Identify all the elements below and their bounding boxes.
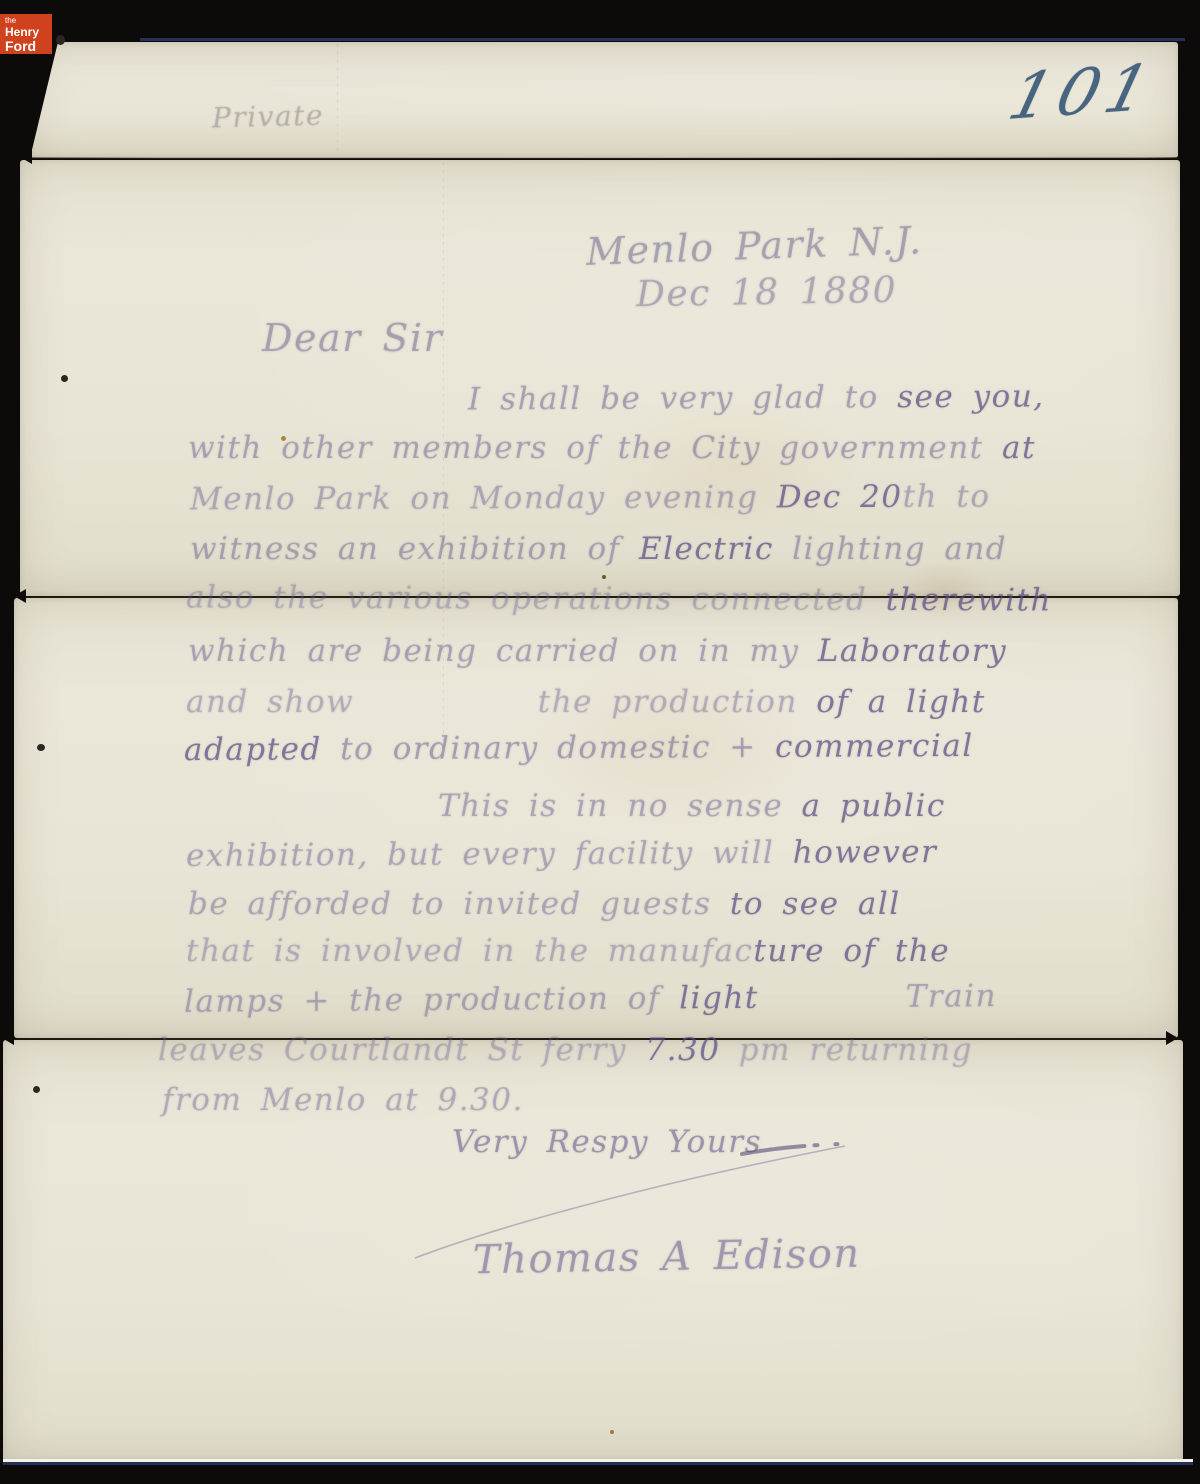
- letter-line: adapted to ordinary domestic + commercia…: [184, 728, 974, 768]
- fold-notch: [14, 589, 26, 603]
- henry-ford-logo: the Henry Ford: [0, 14, 52, 54]
- logo-text-henry: Henry: [5, 26, 52, 38]
- fold-notch: [1166, 1031, 1178, 1045]
- paper-segment-1: [30, 42, 1178, 158]
- letter-line: be afforded to invited guests to see all: [188, 886, 901, 922]
- letter-line: I shall be very glad to see you,: [468, 378, 1045, 417]
- archive-number: 101: [1001, 51, 1163, 135]
- letter-line: from Menlo at 9.30.: [162, 1082, 524, 1118]
- logo-text-ford: Ford: [5, 39, 52, 53]
- letter-line: that is involved in the manufacture of t…: [186, 933, 950, 969]
- letter-line: also the various operations connected th…: [186, 579, 1052, 618]
- pin-hole: [56, 35, 65, 45]
- logo-text-the: the: [5, 17, 52, 25]
- fold-notch: [20, 150, 32, 164]
- letter-line: witness an exhibition of Electric lighti…: [190, 531, 1007, 567]
- salutation: Dear Sir: [262, 316, 443, 360]
- closing-line: Very Respy Yours: [452, 1124, 762, 1160]
- fold-seam-1: [24, 157, 1178, 159]
- letter-line: with other members of the City governmen…: [188, 430, 1036, 466]
- pin-hole: [61, 375, 68, 382]
- letter-line: Menlo Park on Monday evening Dec 20th to: [190, 479, 991, 518]
- letter-line: leaves Courtlandt St ferry 7.30 pm retur…: [158, 1032, 973, 1068]
- fold-notch: [2, 1031, 14, 1045]
- vertical-crease: [337, 44, 338, 156]
- scan-edge-line-top: [140, 38, 1185, 41]
- letter-line: which are being carried on in my Laborat…: [188, 633, 1007, 669]
- letter-line: and show the production of a light: [186, 684, 986, 720]
- letter-line: This is in no sense a public: [438, 788, 946, 824]
- paper-speck: [602, 575, 606, 579]
- letter-line: exhibition, but every facility will howe…: [186, 834, 938, 874]
- scan-background: { "scan": { "archive_number": "101", "lo…: [0, 0, 1200, 1484]
- date-line: Dec 18 1880: [636, 270, 898, 316]
- scan-edge-line-bottom: [3, 1462, 1193, 1465]
- private-annotation: Private: [212, 99, 325, 135]
- signature: Thomas A Edison: [473, 1231, 861, 1284]
- pin-hole: [37, 744, 45, 751]
- letter-line: lamps + the production of light Train: [184, 978, 997, 1020]
- pin-hole: [33, 1086, 40, 1093]
- paper-speck: [610, 1430, 614, 1434]
